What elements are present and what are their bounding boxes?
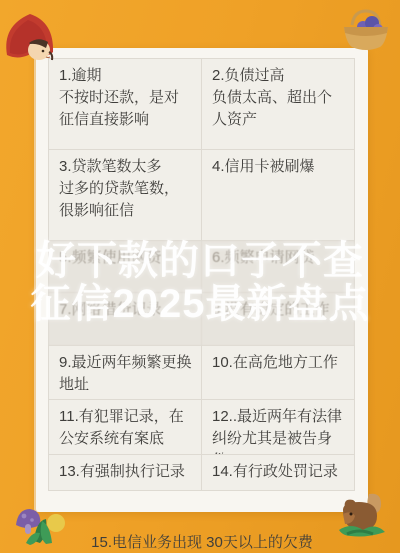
- table-cell-10: 10.在高危地方工作: [202, 346, 354, 399]
- table-cell-14: 14.有行政处罚记录: [202, 455, 354, 490]
- red-hood-girl-icon: [2, 10, 58, 62]
- table-cell-3: 3.贷款笔数太多 过多的贷款笔数，很影响征信: [49, 150, 201, 240]
- table-cell-13: 13.有强制执行记录: [49, 455, 201, 490]
- cell-desc: 过多的贷款笔数，很影响征信: [59, 178, 192, 222]
- cell-title: 3.贷款笔数太多: [59, 156, 192, 178]
- table-cell-12: 12..最近两年有法律纠纷尤其是被告身份: [202, 400, 354, 454]
- cell-title: 14.有行政处罚记录: [212, 461, 345, 483]
- table-cell-11: 11.有犯罪记录，在公安系统有案底: [49, 400, 201, 454]
- watermark-line-1: 好下款的口子不查: [0, 240, 400, 283]
- cell-desc: 负债太高、超出个人资产: [212, 87, 345, 131]
- cell-title: 10.在高危地方工作: [212, 352, 345, 374]
- table-cell-9: 9.最近两年频繁更换地址: [49, 346, 201, 399]
- watermark-line-2: 征信2025最新盘点: [0, 283, 400, 326]
- mushroom-and-leaves-icon: [12, 503, 74, 547]
- cell-title: 2.负债过高: [212, 65, 345, 87]
- cell-desc: 不按时还款，是对征信直接影响: [59, 87, 192, 131]
- cell-title: 13.有强制执行记录: [59, 461, 192, 483]
- cell-title: 9.最近两年频繁更换地址: [59, 352, 192, 396]
- table-cell-1: 1.逾期 不按时还款，是对征信直接影响: [49, 59, 201, 149]
- watermark-overlay-text: 好下款的口子不查 征信2025最新盘点: [0, 240, 400, 326]
- flower-basket-icon: [336, 7, 390, 55]
- table-footer-row: 15.电信业务出现 30天以上的欠费: [36, 526, 368, 553]
- table-cell-2: 2.负债过高 负债太高、超出个人资产: [202, 59, 354, 149]
- squirrel-on-grass-icon: [333, 490, 391, 542]
- cell-title: 4.信用卡被刷爆: [212, 156, 345, 178]
- cell-title: 12..最近两年有法律纠纷尤其是被告身份: [212, 406, 345, 454]
- table-cell-4: 4.信用卡被刷爆: [202, 150, 354, 240]
- cell-title: 1.逾期: [59, 65, 192, 87]
- cell-title: 11.有犯罪记录，在公安系统有案底: [59, 406, 192, 450]
